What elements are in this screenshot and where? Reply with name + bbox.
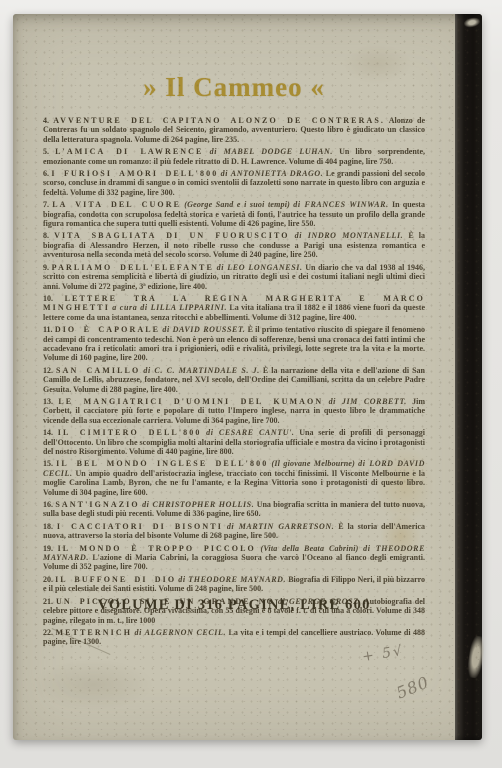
item-author: di MABEL DODGE LUHAN.: [210, 147, 333, 156]
list-item: 20. IL BUFFONE DI DIO di THEODORE MAYNAR…: [43, 575, 425, 594]
item-title: LA VITA DEL CUORE: [52, 200, 181, 209]
item-author: di CHRISTOPHER HOLLIS.: [142, 500, 254, 509]
item-number: 9.: [43, 263, 49, 272]
item-author: di LEO LONGANESI.: [217, 263, 303, 272]
item-parenthetical: (Il giovane Melbourne): [271, 459, 355, 468]
item-number: 8.: [43, 231, 49, 240]
item-author: di FRANCES WINWAR.: [293, 200, 388, 209]
spine-wear-bottom: [466, 635, 486, 679]
list-item: 15. IL BEL MONDO INGLESE DELL'800 (Il gi…: [43, 459, 425, 497]
item-author: di ANTONIETTA DRAGO.: [221, 169, 324, 178]
list-item: 8. VITA SBAGLIATA DI UN FUORUSCITO di IN…: [43, 231, 425, 259]
book-list: 4. AVVENTURE DEL CAPITANO ALONZO DE CONT…: [43, 116, 425, 647]
item-number: 15.: [43, 459, 53, 468]
book-spine: [455, 14, 482, 740]
item-number: 6.: [43, 169, 49, 178]
item-number: 5.: [43, 147, 49, 156]
item-number: 19.: [43, 544, 53, 553]
item-number: 20.: [43, 575, 53, 584]
item-number: 10.: [43, 294, 53, 303]
item-number: 12.: [43, 366, 53, 375]
item-number: 4.: [43, 116, 49, 125]
item-title: IL CIMITERO DELL'800: [58, 428, 202, 437]
list-item: 11. DIO È CAPORALE di DAVID ROUSSET. È i…: [43, 325, 425, 363]
item-author: a cura di LILLA LIPPARINI.: [112, 303, 227, 312]
list-item: 16. SANT'IGNAZIO di CHRISTOPHER HOLLIS. …: [43, 500, 425, 519]
item-title: IL MONDO È TROPPO PICCOLO: [58, 544, 256, 553]
item-author: di ALGERNON CECIL.: [134, 628, 226, 637]
item-title: SAN CAMILLO: [56, 366, 140, 375]
list-item: 10. LETTERE TRA LA REGINA MARGHERITA E M…: [43, 294, 425, 322]
item-title: VITA SBAGLIATA DI UN FUORUSCITO: [54, 231, 290, 240]
cover-face: » Il Cammeo « 4. AVVENTURE DEL CAPITANO …: [13, 14, 455, 740]
series-title: » Il Cammeo «: [43, 72, 425, 103]
item-author: di CESARE CANTU'.: [206, 428, 294, 437]
list-item: 6. I FURIOSI AMORI DELL'800 di ANTONIETT…: [43, 169, 425, 197]
book-back-cover: » Il Cammeo « 4. AVVENTURE DEL CAPITANO …: [13, 14, 482, 740]
item-title: SANT'IGNAZIO: [55, 500, 139, 509]
item-number: 7.: [43, 200, 49, 209]
list-item: 4. AVVENTURE DEL CAPITANO ALONZO DE CONT…: [43, 116, 425, 144]
item-title: L'AMICA DI LAWRENCE: [55, 147, 203, 156]
list-item: 9. PARLIAMO DELL'ELEFANTE di LEO LONGANE…: [43, 263, 425, 291]
item-title: IL BEL MONDO INGLESE DELL'800: [56, 459, 268, 468]
list-item: 5. L'AMICA DI LAWRENCE di MABEL DODGE LU…: [43, 147, 425, 166]
footer-volume-line: VOLUME DI 316 PAGINE, LIRE 600: [13, 597, 455, 614]
list-item: 19. IL MONDO È TROPPO PICCOLO (Vita dell…: [43, 544, 425, 572]
item-description: L'azione di Maria Cabrini, la coraggiosa…: [43, 553, 425, 571]
list-item: 12. SAN CAMILLO di C. C. MARTINDALE S. J…: [43, 366, 425, 394]
list-item: 18. I CACCIATORI DI BISONTI di MARTIN GA…: [43, 522, 425, 541]
item-title: I FURIOSI AMORI DELL'800: [51, 169, 218, 178]
item-author: di C. C. MARTINDALE S. J.: [143, 366, 259, 375]
item-parenthetical: (George Sand e i suoi tempi): [184, 200, 290, 209]
item-number: 11.: [43, 325, 53, 334]
item-number: 18.: [43, 522, 53, 531]
item-number: 22.: [43, 628, 53, 637]
spine-wear-top: [463, 16, 481, 28]
item-number: 13.: [43, 397, 53, 406]
item-author: di INDRO MONTANELLI.: [295, 231, 404, 240]
photo-background: » Il Cammeo « 4. AVVENTURE DEL CAPITANO …: [0, 0, 502, 768]
item-author: di JIM CORBETT.: [329, 397, 407, 406]
item-author: di THEODORE MAYNARD.: [178, 575, 286, 584]
list-item: 14. IL CIMITERO DELL'800 di CESARE CANTU…: [43, 428, 425, 456]
list-item: 13. LE MANGIATRICI D'UOMINI DEL KUMAON d…: [43, 397, 425, 425]
item-title: IL BUFFONE DI DIO: [55, 575, 176, 584]
item-title: DIO È CAPORALE: [55, 325, 160, 334]
item-parenthetical: (Vita della Beata Cabrini): [260, 544, 358, 553]
item-title: LE MANGIATRICI D'UOMINI DEL KUMAON: [58, 397, 323, 406]
item-title: METTERNICH: [55, 628, 132, 637]
item-description: Un ampio quadro dell'aristocrazia ingles…: [43, 469, 425, 497]
item-author: di DAVID ROUSSET.: [162, 325, 245, 334]
item-title: PARLIAMO DELL'ELEFANTE: [52, 263, 214, 272]
list-item: 7. LA VITA DEL CUORE (George Sand e i su…: [43, 200, 425, 228]
item-number: 16.: [43, 500, 53, 509]
item-title: I CACCIATORI DI BISONTI: [57, 522, 223, 531]
item-number: 14.: [43, 428, 53, 437]
item-author: di MARTIN GARRETSON.: [227, 522, 335, 531]
item-title: AVVENTURE DEL CAPITANO ALONZO DE CONTRER…: [53, 116, 385, 125]
list-item: 22. METTERNICH di ALGERNON CECIL. La vit…: [43, 628, 425, 647]
